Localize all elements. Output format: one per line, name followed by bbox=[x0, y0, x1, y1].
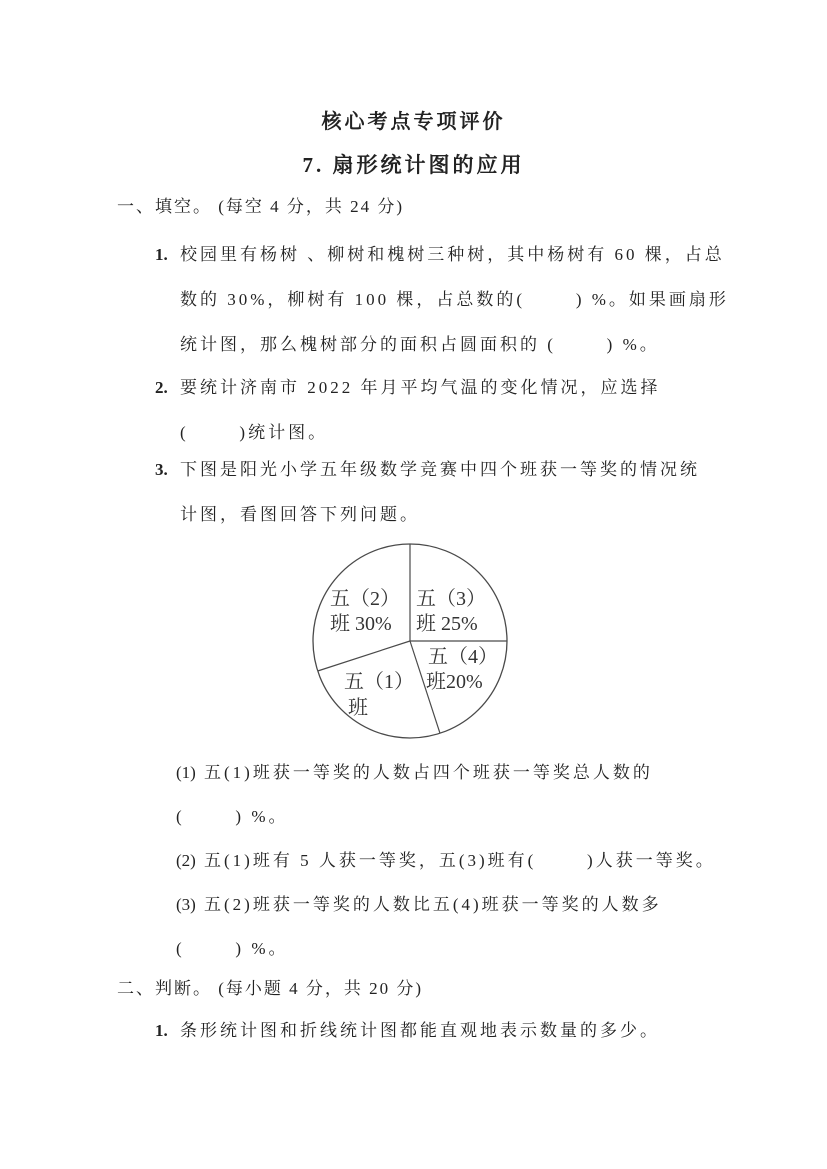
page-subtitle: 7. 扇形统计图的应用 bbox=[0, 150, 827, 180]
pie-chart-figure: 五（2） 班 30% 五（3） 班 25% 五（4） 班20% 五（1） 班 bbox=[270, 541, 550, 751]
pie-label-class2-line1: 五（2） bbox=[330, 588, 400, 610]
sub-question-2-line-1: (2)五(1)班有 5 人获一等奖，五(3)班有( )人获一等奖。 bbox=[176, 839, 827, 883]
judge-question-1: 1.条形统计图和折线统计图都能直观地表示数量的多少。 bbox=[155, 1008, 827, 1053]
pie-chart: 五（2） 班 30% 五（3） 班 25% 五（4） 班20% 五（1） 班 bbox=[270, 541, 550, 751]
sub-question-1-text: 五(1)班获一等奖的人数占四个班获一等奖总人数的 bbox=[204, 763, 653, 782]
judge-question-1-number: 1. bbox=[155, 1008, 180, 1053]
worksheet-page: 核心考点专项评价 7. 扇形统计图的应用 一、填空。 (每空 4 分，共 24 … bbox=[0, 0, 827, 1169]
pie-label-class3-line2: 班 25% bbox=[416, 612, 478, 635]
question-2-number: 2. bbox=[155, 365, 180, 410]
question-1-number: 1. bbox=[155, 232, 180, 277]
question-3-text: 下图是阳光小学五年级数学竞赛中四个班获一等奖的情况统 bbox=[180, 460, 700, 479]
question-3-number: 3. bbox=[155, 447, 180, 492]
sub-question-1-line-2: ( ) %。 bbox=[176, 795, 827, 839]
pie-label-class4-line2: 班20% bbox=[426, 670, 483, 693]
pie-divider-bottom-left bbox=[318, 641, 410, 671]
sub-question-2-text: 五(1)班有 5 人获一等奖，五(3)班有( )人获一等奖。 bbox=[204, 851, 716, 870]
sub-questions: (1)五(1)班获一等奖的人数占四个班获一等奖总人数的 ( ) %。 (2)五(… bbox=[176, 751, 827, 971]
section-fill-blank-heading: 一、填空。 (每空 4 分，共 24 分) bbox=[117, 192, 827, 222]
pie-label-class2-line2: 班 30% bbox=[330, 612, 392, 635]
pie-label-class1-line1: 五（1） bbox=[344, 671, 414, 693]
question-2-line-1: 2.要统计济南市 2022 年月平均气温的变化情况，应选择 bbox=[155, 365, 827, 410]
sub-question-3-number: (3) bbox=[176, 883, 204, 927]
question-1-text: 校园里有杨树 、柳树和槐树三种树，其中杨树有 60 棵，占总 bbox=[180, 245, 725, 264]
sub-question-2-number: (2) bbox=[176, 839, 204, 883]
question-1-line-2: 数的 30%，柳树有 100 棵，占总数的( ) %。如果画扇形 bbox=[155, 277, 827, 322]
question-1-line-3: 统计图，那么槐树部分的面积占圆面积的 ( ) %。 bbox=[155, 322, 827, 367]
sub-question-1-line-1: (1)五(1)班获一等奖的人数占四个班获一等奖总人数的 bbox=[176, 751, 827, 795]
section-judge-heading: 二、判断。 (每小题 4 分，共 20 分) bbox=[117, 974, 827, 1004]
question-3-line-1: 3.下图是阳光小学五年级数学竞赛中四个班获一等奖的情况统 bbox=[155, 447, 827, 492]
question-2-text: 要统计济南市 2022 年月平均气温的变化情况，应选择 bbox=[180, 378, 661, 397]
question-1: 1.校园里有杨树 、柳树和槐树三种树，其中杨树有 60 棵，占总 数的 30%，… bbox=[155, 232, 827, 367]
judge-question-1-text: 条形统计图和折线统计图都能直观地表示数量的多少。 bbox=[180, 1021, 660, 1040]
question-2: 2.要统计济南市 2022 年月平均气温的变化情况，应选择 ( )统计图。 bbox=[155, 365, 827, 455]
question-3-line-2: 计图，看图回答下列问题。 bbox=[155, 492, 827, 537]
question-1-line-1: 1.校园里有杨树 、柳树和槐树三种树，其中杨树有 60 棵，占总 bbox=[155, 232, 827, 277]
pie-label-class3-line1: 五（3） bbox=[416, 588, 486, 610]
question-3: 3.下图是阳光小学五年级数学竞赛中四个班获一等奖的情况统 计图，看图回答下列问题… bbox=[155, 447, 827, 537]
sub-question-1-number: (1) bbox=[176, 751, 204, 795]
pie-label-class4-line1: 五（4） bbox=[428, 646, 498, 668]
judge-question-1-line-1: 1.条形统计图和折线统计图都能直观地表示数量的多少。 bbox=[155, 1008, 827, 1053]
pie-label-class1-line2: 班 bbox=[348, 696, 368, 719]
sub-question-3-line-2: ( ) %。 bbox=[176, 927, 827, 971]
page-title: 核心考点专项评价 bbox=[0, 108, 827, 136]
sub-question-3-line-1: (3)五(2)班获一等奖的人数比五(4)班获一等奖的人数多 bbox=[176, 883, 827, 927]
sub-question-3-text: 五(2)班获一等奖的人数比五(4)班获一等奖的人数多 bbox=[204, 895, 662, 914]
